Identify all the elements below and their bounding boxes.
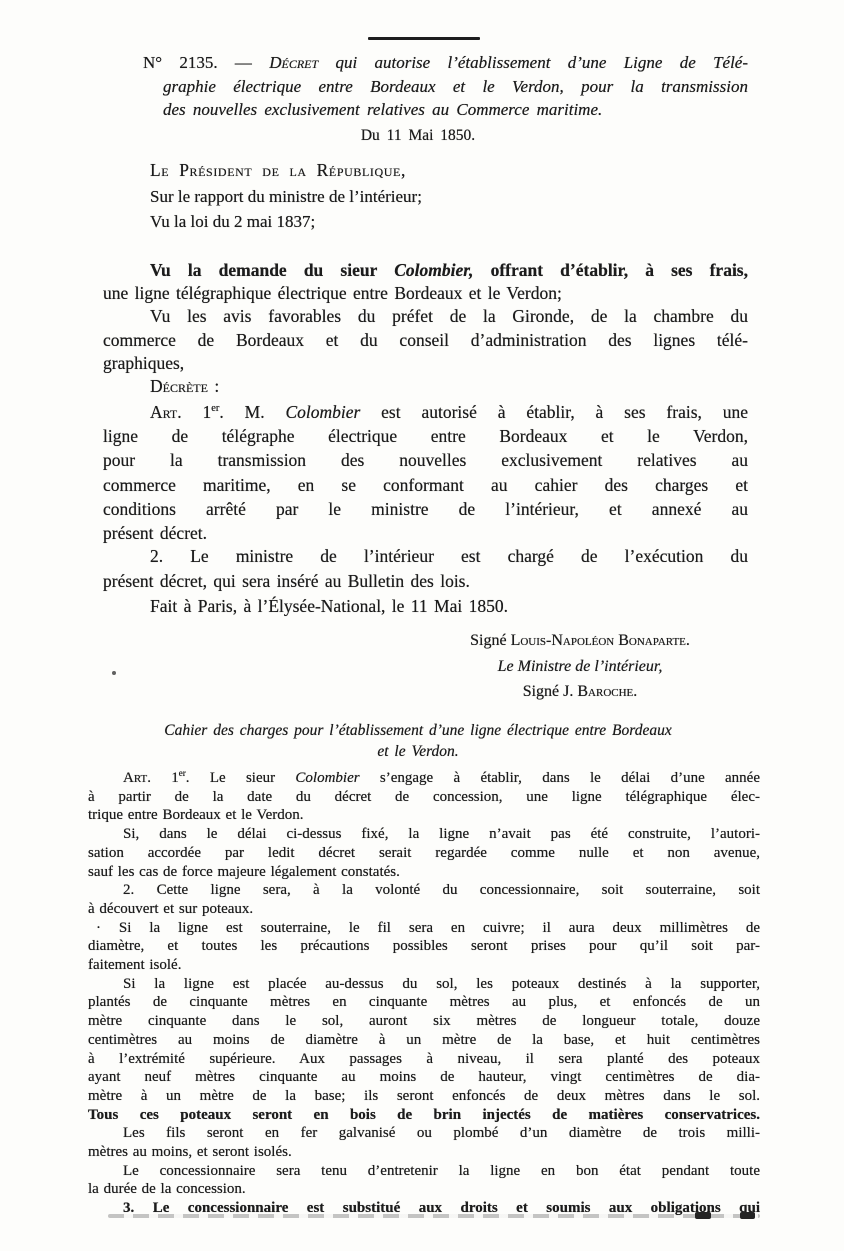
text-line: à l’extrémité supérieure. Aux passages à…	[88, 1050, 760, 1069]
text-line: Art. 1er. M. Colombier est autorisé à ét…	[88, 400, 748, 424]
cahier-body: Art. 1er. Le sieur Colombier s’engage à …	[88, 769, 760, 1218]
cahier-title: Cahier des charges pour l’établissement …	[88, 721, 748, 762]
decree-date: Du 11 Mai 1850.	[88, 127, 748, 145]
text-line: 2. Le ministre de l’intérieur est chargé…	[88, 544, 748, 569]
text-line: mètres au moins, et seront isolés.	[88, 1143, 760, 1162]
text-line: Le concessionnaire sera tenu d’entreteni…	[88, 1162, 760, 1181]
text-line: diamètre, et toutes les précautions poss…	[88, 937, 760, 956]
text-line: des nouvelles exclusivement relatives au…	[88, 98, 748, 122]
decree-closing-dateline: Fait à Paris, à l’Élysée-National, le 11…	[88, 596, 748, 617]
text-line: Sur le rapport du ministre de l’intérieu…	[88, 184, 748, 210]
text-line: une ligne télégraphique électrique entre…	[88, 282, 748, 305]
text-line: et le Verdon.	[88, 742, 748, 763]
text-line: plantés de cinquante mètres en cinquante…	[88, 993, 760, 1012]
text-line: Cahier des charges pour l’établissement …	[88, 721, 748, 742]
text-line: mètre cinquante dans le sol, auront six …	[88, 1012, 760, 1031]
text-line: ayant neuf mètres cinquante au moins de …	[88, 1068, 760, 1087]
decree-article-1: Art. 1er. M. Colombier est autorisé à ét…	[88, 400, 748, 545]
text-line: Vu la demande du sieur Colombier, offran…	[88, 259, 748, 282]
text-line: Si, dans le délai ci-dessus fixé, la lig…	[88, 825, 760, 844]
text-line: Le Ministre de l’intérieur,	[370, 654, 790, 680]
text-line: centimètres au moins de diamètre à un mè…	[88, 1031, 760, 1050]
text-line: à partir de la date du décret de concess…	[88, 788, 760, 807]
text-line: Le Président de la République,	[88, 158, 748, 184]
text-line: ligne de télégraphe électrique entre Bor…	[88, 424, 748, 448]
text-line: Vu la loi du 2 mai 1837;	[88, 209, 748, 235]
text-line: sauf les cas de force majeure légalement…	[88, 863, 760, 882]
text-line: mètre à un mètre de la base; ils seront …	[88, 1087, 760, 1106]
decree-article-2: 2. Le ministre de l’intérieur est chargé…	[88, 544, 748, 593]
text-line: Décrète :	[88, 375, 748, 398]
text-line: Les fils seront en fer galvanisé ou plom…	[88, 1124, 760, 1143]
text-line: à découvert et sur poteaux.	[88, 900, 760, 919]
text-line: Tous ces poteaux seront en bois de brin …	[88, 1106, 760, 1125]
text-line: présent décret.	[88, 521, 748, 545]
decree-opening: Le Président de la République,Sur le rap…	[88, 158, 748, 235]
text-line: N° 2135. — Décret qui autorise l’établis…	[88, 51, 748, 75]
text-line: faitement isolé.	[88, 956, 760, 975]
text-line: Du 11 Mai 1850.	[88, 127, 748, 145]
text-line: 2. Cette ligne sera, à la volonté du con…	[88, 881, 760, 900]
decree-heading: N° 2135. — Décret qui autorise l’établis…	[88, 51, 748, 122]
text-line: Vu les avis favorables du préfet de la G…	[88, 305, 748, 328]
decree-preamble: Vu la demande du sieur Colombier, offran…	[88, 259, 748, 398]
scan-speck	[112, 671, 116, 675]
text-line: pour la transmission des nouvelles exclu…	[88, 448, 748, 472]
text-line: trique entre Bordeaux et le Verdon.	[88, 806, 760, 825]
text-line: Signé J. Baroche.	[370, 679, 790, 705]
text-line: conditions arrêté par le ministre de l’i…	[88, 497, 748, 521]
text-line: Signé Louis-Napoléon Bonaparte.	[370, 628, 790, 654]
scan-ink-blob	[695, 1212, 711, 1219]
text-line: graphie électrique entre Bordeaux et le …	[88, 75, 748, 99]
text-line: Fait à Paris, à l’Élysée-National, le 11…	[88, 596, 748, 617]
text-line: sation accordée par ledit décret serait …	[88, 844, 760, 863]
cropped-text-smear	[108, 1214, 760, 1218]
section-divider-rule	[368, 37, 480, 40]
text-line: commerce maritime, en se conformant au c…	[88, 473, 748, 497]
text-line: Si la ligne est placée au-dessus du sol,…	[88, 975, 760, 994]
scan-ink-blob	[740, 1212, 755, 1219]
signature-block: Signé Louis-Napoléon Bonaparte.Le Minist…	[370, 628, 790, 705]
text-line: la durée de la concession.	[88, 1180, 760, 1199]
text-line: Art. 1er. Le sieur Colombier s’engage à …	[88, 769, 760, 788]
text-line: · Si la ligne est souterraine, le fil se…	[88, 919, 760, 938]
text-line: commerce de Bordeaux et du conseil d’adm…	[88, 329, 748, 352]
text-line: graphiques,	[88, 352, 748, 375]
scanned-document-page: N° 2135. — Décret qui autorise l’établis…	[0, 0, 844, 1251]
text-line: présent décret, qui sera inséré au Bulle…	[88, 569, 748, 594]
